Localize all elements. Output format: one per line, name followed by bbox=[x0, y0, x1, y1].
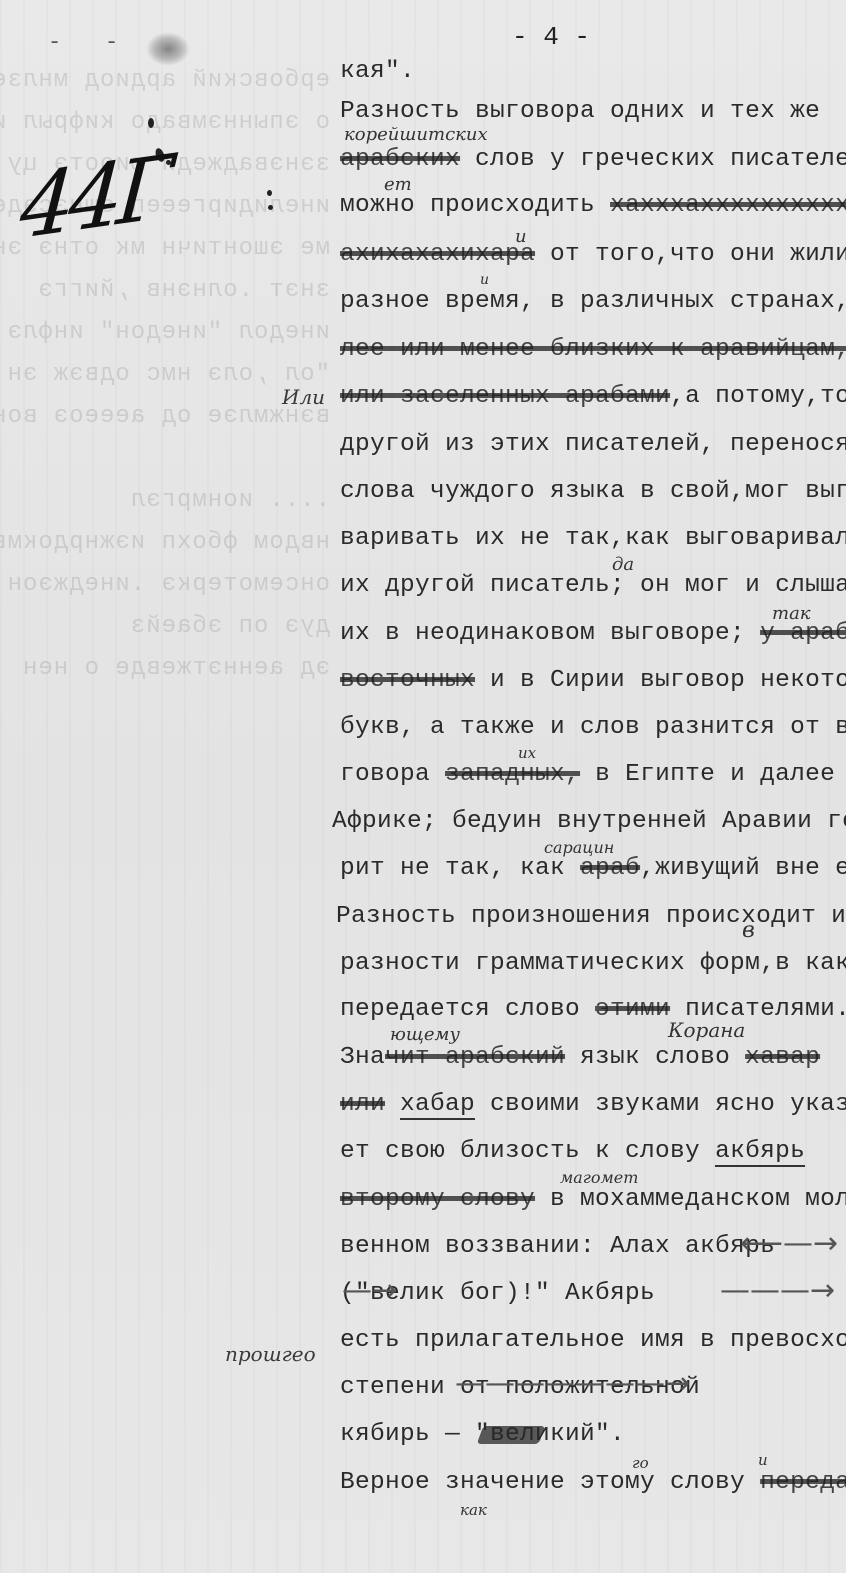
bleed-through-text: ербовский ардиод мнлзегч о эпыннэмвадо к… bbox=[0, 60, 330, 1560]
page-header: - - - 4 - bbox=[0, 18, 846, 58]
handwritten-insert: как bbox=[460, 1501, 487, 1519]
ink-dot bbox=[148, 118, 154, 128]
margin-note-ili: Или bbox=[282, 385, 325, 409]
header-dash-right: - bbox=[105, 30, 118, 55]
ink-dot bbox=[267, 190, 272, 196]
ink-dot bbox=[268, 205, 273, 210]
margin-note-proshcheo: прошгео bbox=[225, 1342, 316, 1366]
ink-blot bbox=[146, 32, 190, 66]
page-number: - 4 - bbox=[512, 22, 590, 52]
typed-text-continuation: как bbox=[340, 58, 840, 1573]
header-dash-left: - bbox=[48, 30, 61, 55]
